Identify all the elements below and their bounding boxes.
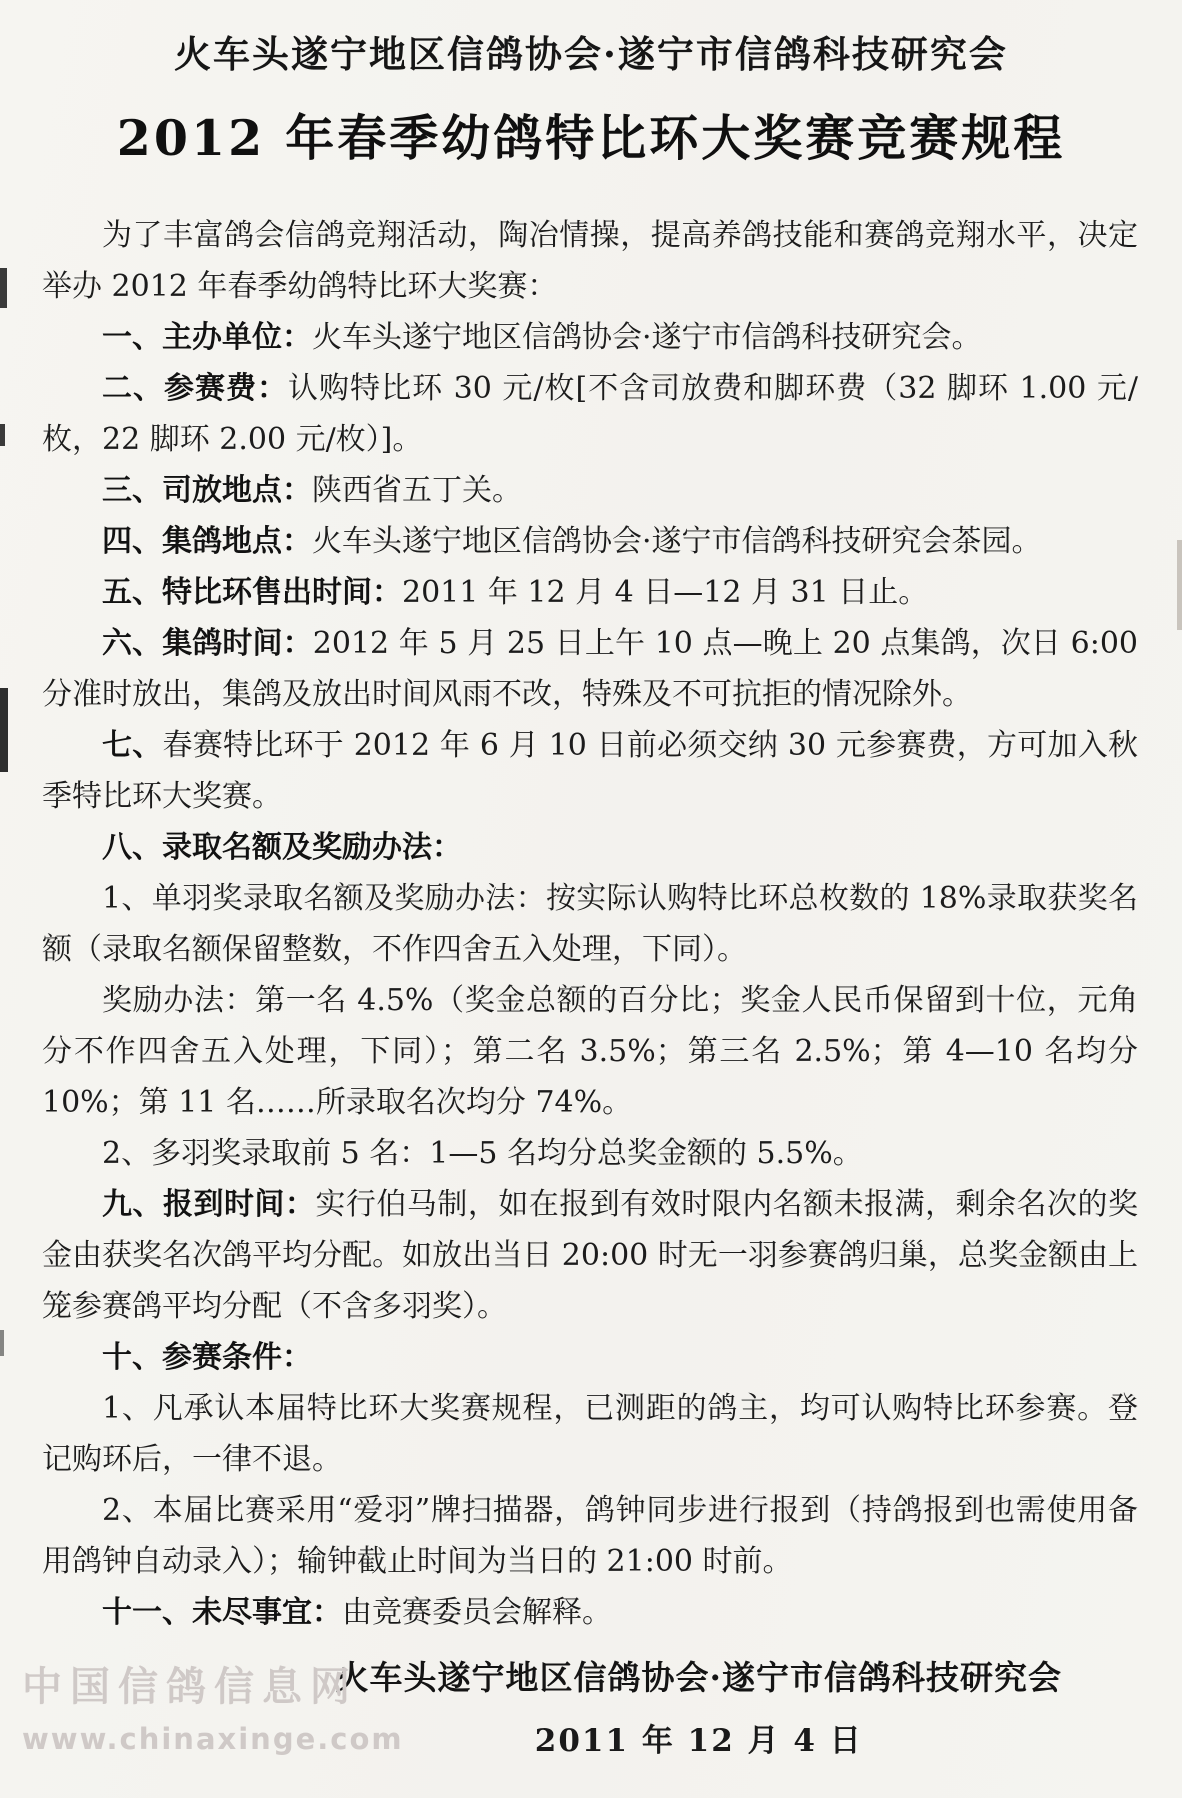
paragraph: 九、报到时间：实行伯马制，如在报到有效时限内名额未报满，剩余名次的奖金由获奖名次… (42, 1179, 1138, 1332)
paragraph: 二、参赛费：认购特比环 30 元/枚[不含司放费和脚环费（32 脚环 1.00 … (42, 363, 1138, 465)
paragraph-text: 陕西省五丁关。 (312, 473, 522, 508)
paragraph-text: 火车头遂宁地区信鸽协会·遂宁市信鸽科技研究会。 (312, 320, 982, 355)
paragraph-label: 七、 (102, 728, 162, 763)
paragraph: 2、本届比赛采用“爱羽”牌扫描器，鸽钟同步进行报到（持鸽报到也需使用备用鸽钟自动… (42, 1485, 1138, 1587)
paragraph-text: 由竞赛委员会解释。 (342, 1595, 612, 1630)
paragraph-text: 2011 年 12 月 4 日—12 月 31 日止。 (402, 575, 928, 610)
signature-block: 火车头遂宁地区信鸽协会·遂宁市信鸽科技研究会 2011 年 12 月 4 日 (336, 1652, 1063, 1760)
paragraph-label: 九、报到时间： (102, 1187, 315, 1222)
scan-artifact (1177, 540, 1182, 630)
scan-artifact (0, 1330, 4, 1356)
signature-date: 2011 年 12 月 4 日 (336, 1715, 1063, 1760)
scan-artifact (0, 424, 5, 446)
paragraph: 十一、未尽事宜：由竞赛委员会解释。 (42, 1587, 1138, 1638)
paragraph-label: 六、集鸽时间： (102, 626, 313, 661)
paragraph: 四、集鸽地点：火车头遂宁地区信鸽协会·遂宁市信鸽科技研究会茶园。 (42, 516, 1138, 567)
paragraph: 1、单羽奖录取名额及奖励办法：按实际认购特比环总枚数的 18%录取获奖名额（录取… (42, 873, 1138, 975)
paragraph-label: 十、参赛条件： (102, 1340, 312, 1375)
paragraph-text: 1、单羽奖录取名额及奖励办法：按实际认购特比环总枚数的 18%录取获奖名额（录取… (42, 881, 1138, 967)
scan-artifact (0, 268, 7, 308)
watermark-site-name: 中国信鸽信息网 (22, 1655, 404, 1712)
signature-organization: 火车头遂宁地区信鸽协会·遂宁市信鸽科技研究会 (336, 1652, 1063, 1699)
paragraph-label: 三、司放地点： (102, 473, 312, 508)
watermark-site-url: www.chinaxinge.com (22, 1722, 404, 1756)
document-body: 为了丰富鸽会信鸽竞翔活动，陶冶情操，提高养鸽技能和赛鸽竞翔水平，决定举办 201… (42, 210, 1138, 1638)
scan-artifact (0, 688, 8, 772)
paragraph-label: 十一、未尽事宜： (102, 1595, 342, 1630)
paragraph: 八、录取名额及奖励办法： (42, 822, 1138, 873)
paragraph-text: 春赛特比环于 2012 年 6 月 10 日前必须交纳 30 元参赛费，方可加入… (42, 728, 1138, 814)
paragraph-label: 二、参赛费： (102, 371, 288, 406)
paragraph: 1、凡承认本届特比环大奖赛规程，已测距的鸽主，均可认购特比环参赛。登记购环后，一… (42, 1383, 1138, 1485)
paragraph: 为了丰富鸽会信鸽竞翔活动，陶冶情操，提高养鸽技能和赛鸽竞翔水平，决定举办 201… (42, 210, 1138, 312)
paragraph: 十、参赛条件： (42, 1332, 1138, 1383)
paragraph-text: 1、凡承认本届特比环大奖赛规程，已测距的鸽主，均可认购特比环参赛。登记购环后，一… (42, 1391, 1138, 1477)
paragraph-label: 四、集鸽地点： (102, 524, 312, 559)
document-title: 2012 年春季幼鸽特比环大奖赛竞赛规程 (0, 100, 1182, 170)
paragraph-label: 八、录取名额及奖励办法： (102, 830, 462, 865)
paragraph-text: 2、多羽奖录取前 5 名：1—5 名均分总奖金额的 5.5%。 (102, 1136, 863, 1171)
paragraph: 2、多羽奖录取前 5 名：1—5 名均分总奖金额的 5.5%。 (42, 1128, 1138, 1179)
paragraph-text: 2、本届比赛采用“爱羽”牌扫描器，鸽钟同步进行报到（持鸽报到也需使用备用鸽钟自动… (42, 1493, 1138, 1579)
association-header: 火车头遂宁地区信鸽协会·遂宁市信鸽科技研究会 (0, 0, 1182, 78)
paragraph-label: 一、主办单位： (102, 320, 312, 355)
paragraph: 奖励办法：第一名 4.5%（奖金总额的百分比；奖金人民币保留到十位，元角分不作四… (42, 975, 1138, 1128)
paragraph-text: 奖励办法：第一名 4.5%（奖金总额的百分比；奖金人民币保留到十位，元角分不作四… (42, 983, 1138, 1120)
paragraph-label: 五、特比环售出时间： (102, 575, 402, 610)
paragraph: 六、集鸽时间：2012 年 5 月 25 日上午 10 点—晚上 20 点集鸽，… (42, 618, 1138, 720)
paragraph-text: 火车头遂宁地区信鸽协会·遂宁市信鸽科技研究会茶园。 (312, 524, 1042, 559)
scanned-document-page: 火车头遂宁地区信鸽协会·遂宁市信鸽科技研究会 2012 年春季幼鸽特比环大奖赛竞… (0, 0, 1182, 1798)
chinaxinge-watermark: 中国信鸽信息网 www.chinaxinge.com (22, 1655, 404, 1756)
paragraph: 三、司放地点：陕西省五丁关。 (42, 465, 1138, 516)
paragraph: 一、主办单位：火车头遂宁地区信鸽协会·遂宁市信鸽科技研究会。 (42, 312, 1138, 363)
paragraph-text: 为了丰富鸽会信鸽竞翔活动，陶冶情操，提高养鸽技能和赛鸽竞翔水平，决定举办 201… (42, 218, 1138, 304)
paragraph: 五、特比环售出时间：2011 年 12 月 4 日—12 月 31 日止。 (42, 567, 1138, 618)
paragraph: 七、春赛特比环于 2012 年 6 月 10 日前必须交纳 30 元参赛费，方可… (42, 720, 1138, 822)
